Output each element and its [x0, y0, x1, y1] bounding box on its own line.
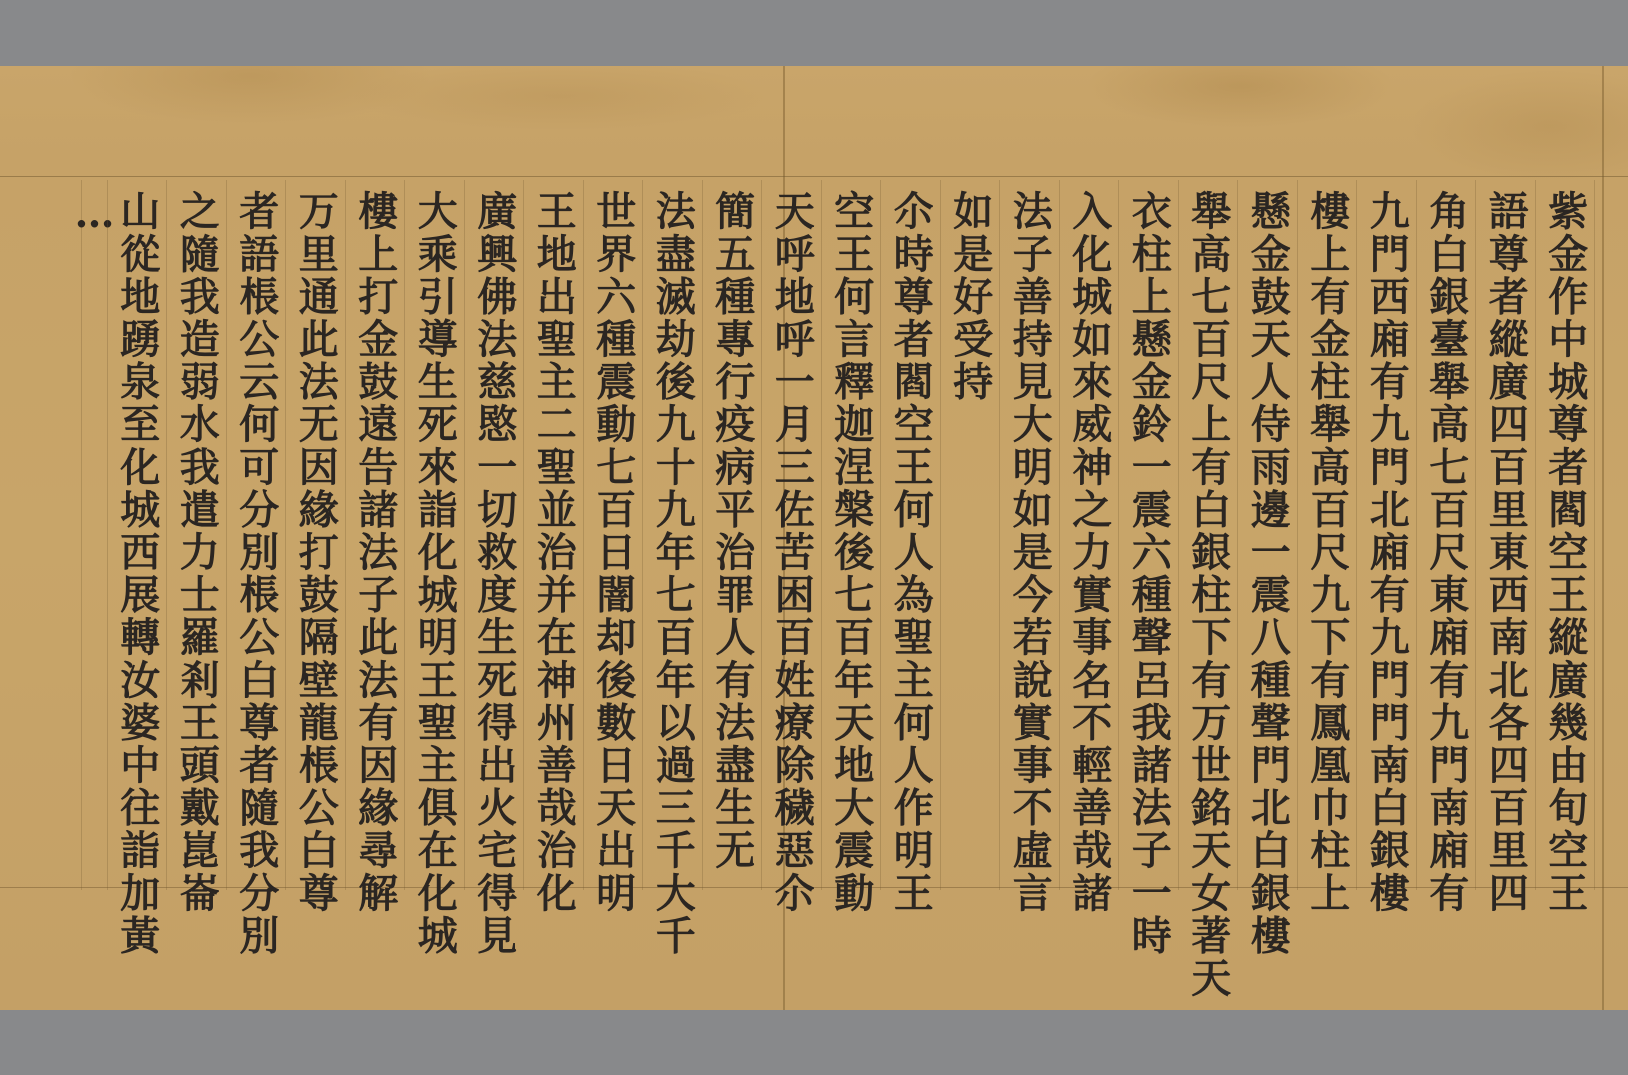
- text-column: 之隨我造弱水我遣力士羅剎王頭戴崑崙: [166, 180, 226, 890]
- column-text: 舉高七百尺上有白銀柱下有万世銘天女著天: [1188, 180, 1228, 999]
- text-column: 語尊者縱廣四百里東西南北各四百里四: [1475, 180, 1535, 890]
- text-column: 山從地踴泉至化城西展轉汝婆中往詣加黃: [107, 180, 167, 890]
- mount-background-bottom: [0, 1010, 1628, 1075]
- column-text: 角白銀臺舉高七百尺東廂有九門南廂有: [1426, 180, 1466, 914]
- column-text: 尒時尊者閻空王何人為聖主何人作明王: [890, 180, 930, 914]
- column-text: 如是好受持: [950, 180, 990, 403]
- ruled-top-margin-line: [0, 176, 1628, 177]
- text-column: 世界六種震動七百日闇却後數日天出明: [583, 180, 643, 890]
- text-columns: 紫金作中城尊者閻空王縱廣幾由旬空王 語尊者縱廣四百里東西南北各四百里四 角白銀臺…: [81, 180, 1628, 890]
- text-column: 舉高七百尺上有白銀柱下有万世銘天女著天: [1178, 180, 1238, 890]
- column-text: 法子善持見大明如是今若說實事不虛言: [1009, 180, 1049, 914]
- column-text: 世界六種震動七百日闇却後數日天出明: [593, 180, 633, 914]
- text-column: 簡五種專行疫病平治罪人有法盡生无: [702, 180, 762, 890]
- text-column: 者語棖公云何可分別棖公白尊者隨我分別: [226, 180, 286, 890]
- column-text: 者語棖公云何可分別棖公白尊者隨我分別: [236, 180, 276, 957]
- cut-off-edge-column: …: [81, 180, 107, 890]
- text-column: 樓上打金鼓遠告諸法子此法有因緣尋解: [345, 180, 405, 890]
- text-column: 懸金鼓天人侍雨邊一震八種聲門北白銀樓: [1237, 180, 1297, 890]
- text-column: 樓上有金柱舉高百尺九下有鳳凰巾柱上: [1297, 180, 1357, 890]
- column-text: 万里通此法无因緣打鼓隔壁龍棖公白尊: [295, 180, 335, 914]
- margin-column: [1594, 180, 1628, 890]
- column-text: 大乘引導生死來詣化城明王聖主俱在化城: [414, 180, 454, 957]
- column-text: 語尊者縱廣四百里東西南北各四百里四: [1485, 180, 1525, 914]
- column-text: 山從地踴泉至化城西展轉汝婆中往詣加黃: [117, 180, 157, 957]
- text-column: 大乘引導生死來詣化城明王聖主俱在化城: [404, 180, 464, 890]
- text-column: 紫金作中城尊者閻空王縱廣幾由旬空王: [1535, 180, 1595, 890]
- text-column: 九門西廂有九門北廂有九門門南白銀樓: [1356, 180, 1416, 890]
- column-text: 王地出聖主二聖並治并在神州善哉治化: [533, 180, 573, 914]
- column-text: 樓上打金鼓遠告諸法子此法有因緣尋解: [355, 180, 395, 914]
- text-column: 法子善持見大明如是今若說實事不虛言: [999, 180, 1059, 890]
- text-column: 法盡滅劫後九十九年七百年以過三千大千: [642, 180, 702, 890]
- column-text: 九門西廂有九門北廂有九門門南白銀樓: [1366, 180, 1406, 914]
- text-column: 天呼地呼一月三佐苦困百姓療除穢惡尒: [761, 180, 821, 890]
- column-text: 入化城如來威神之力實事名不輕善哉諸: [1069, 180, 1109, 914]
- column-text: 空王何言釋迦涅槃後七百年天地大震動: [831, 180, 871, 914]
- text-column: 廣興佛法慈愍一切救度生死得出火宅得見: [464, 180, 524, 890]
- column-text: 簡五種專行疫病平治罪人有法盡生无: [712, 180, 752, 872]
- column-text: 廣興佛法慈愍一切救度生死得出火宅得見: [474, 180, 514, 957]
- column-text: 衣柱上懸金鈴一震六種聲呂我諸法子一時: [1128, 180, 1168, 957]
- text-column: 空王何言釋迦涅槃後七百年天地大震動: [821, 180, 881, 890]
- column-text: 天呼地呼一月三佐苦困百姓療除穢惡尒: [771, 180, 811, 914]
- column-text: 之隨我造弱水我遣力士羅剎王頭戴崑崙: [176, 180, 216, 914]
- text-column: 角白銀臺舉高七百尺東廂有九門南廂有: [1416, 180, 1476, 890]
- text-column: 入化城如來威神之力實事名不輕善哉諸: [1059, 180, 1119, 890]
- column-text: 樓上有金柱舉高百尺九下有鳳凰巾柱上: [1307, 180, 1347, 914]
- mount-background-top: [0, 0, 1628, 66]
- text-column: 尒時尊者閻空王何人為聖主何人作明王: [880, 180, 940, 890]
- text-column: 万里通此法无因緣打鼓隔壁龍棖公白尊: [285, 180, 345, 890]
- text-column: 王地出聖主二聖並治并在神州善哉治化: [523, 180, 583, 890]
- column-text: 懸金鼓天人侍雨邊一震八種聲門北白銀樓: [1247, 180, 1287, 957]
- column-text: 法盡滅劫後九十九年七百年以過三千大千: [652, 180, 692, 957]
- manuscript-scroll: 紫金作中城尊者閻空王縱廣幾由旬空王 語尊者縱廣四百里東西南北各四百里四 角白銀臺…: [0, 66, 1628, 1010]
- text-column: 如是好受持: [940, 180, 1000, 890]
- text-column: 衣柱上懸金鈴一震六種聲呂我諸法子一時: [1118, 180, 1178, 890]
- column-text: 紫金作中城尊者閻空王縱廣幾由旬空王: [1545, 180, 1585, 914]
